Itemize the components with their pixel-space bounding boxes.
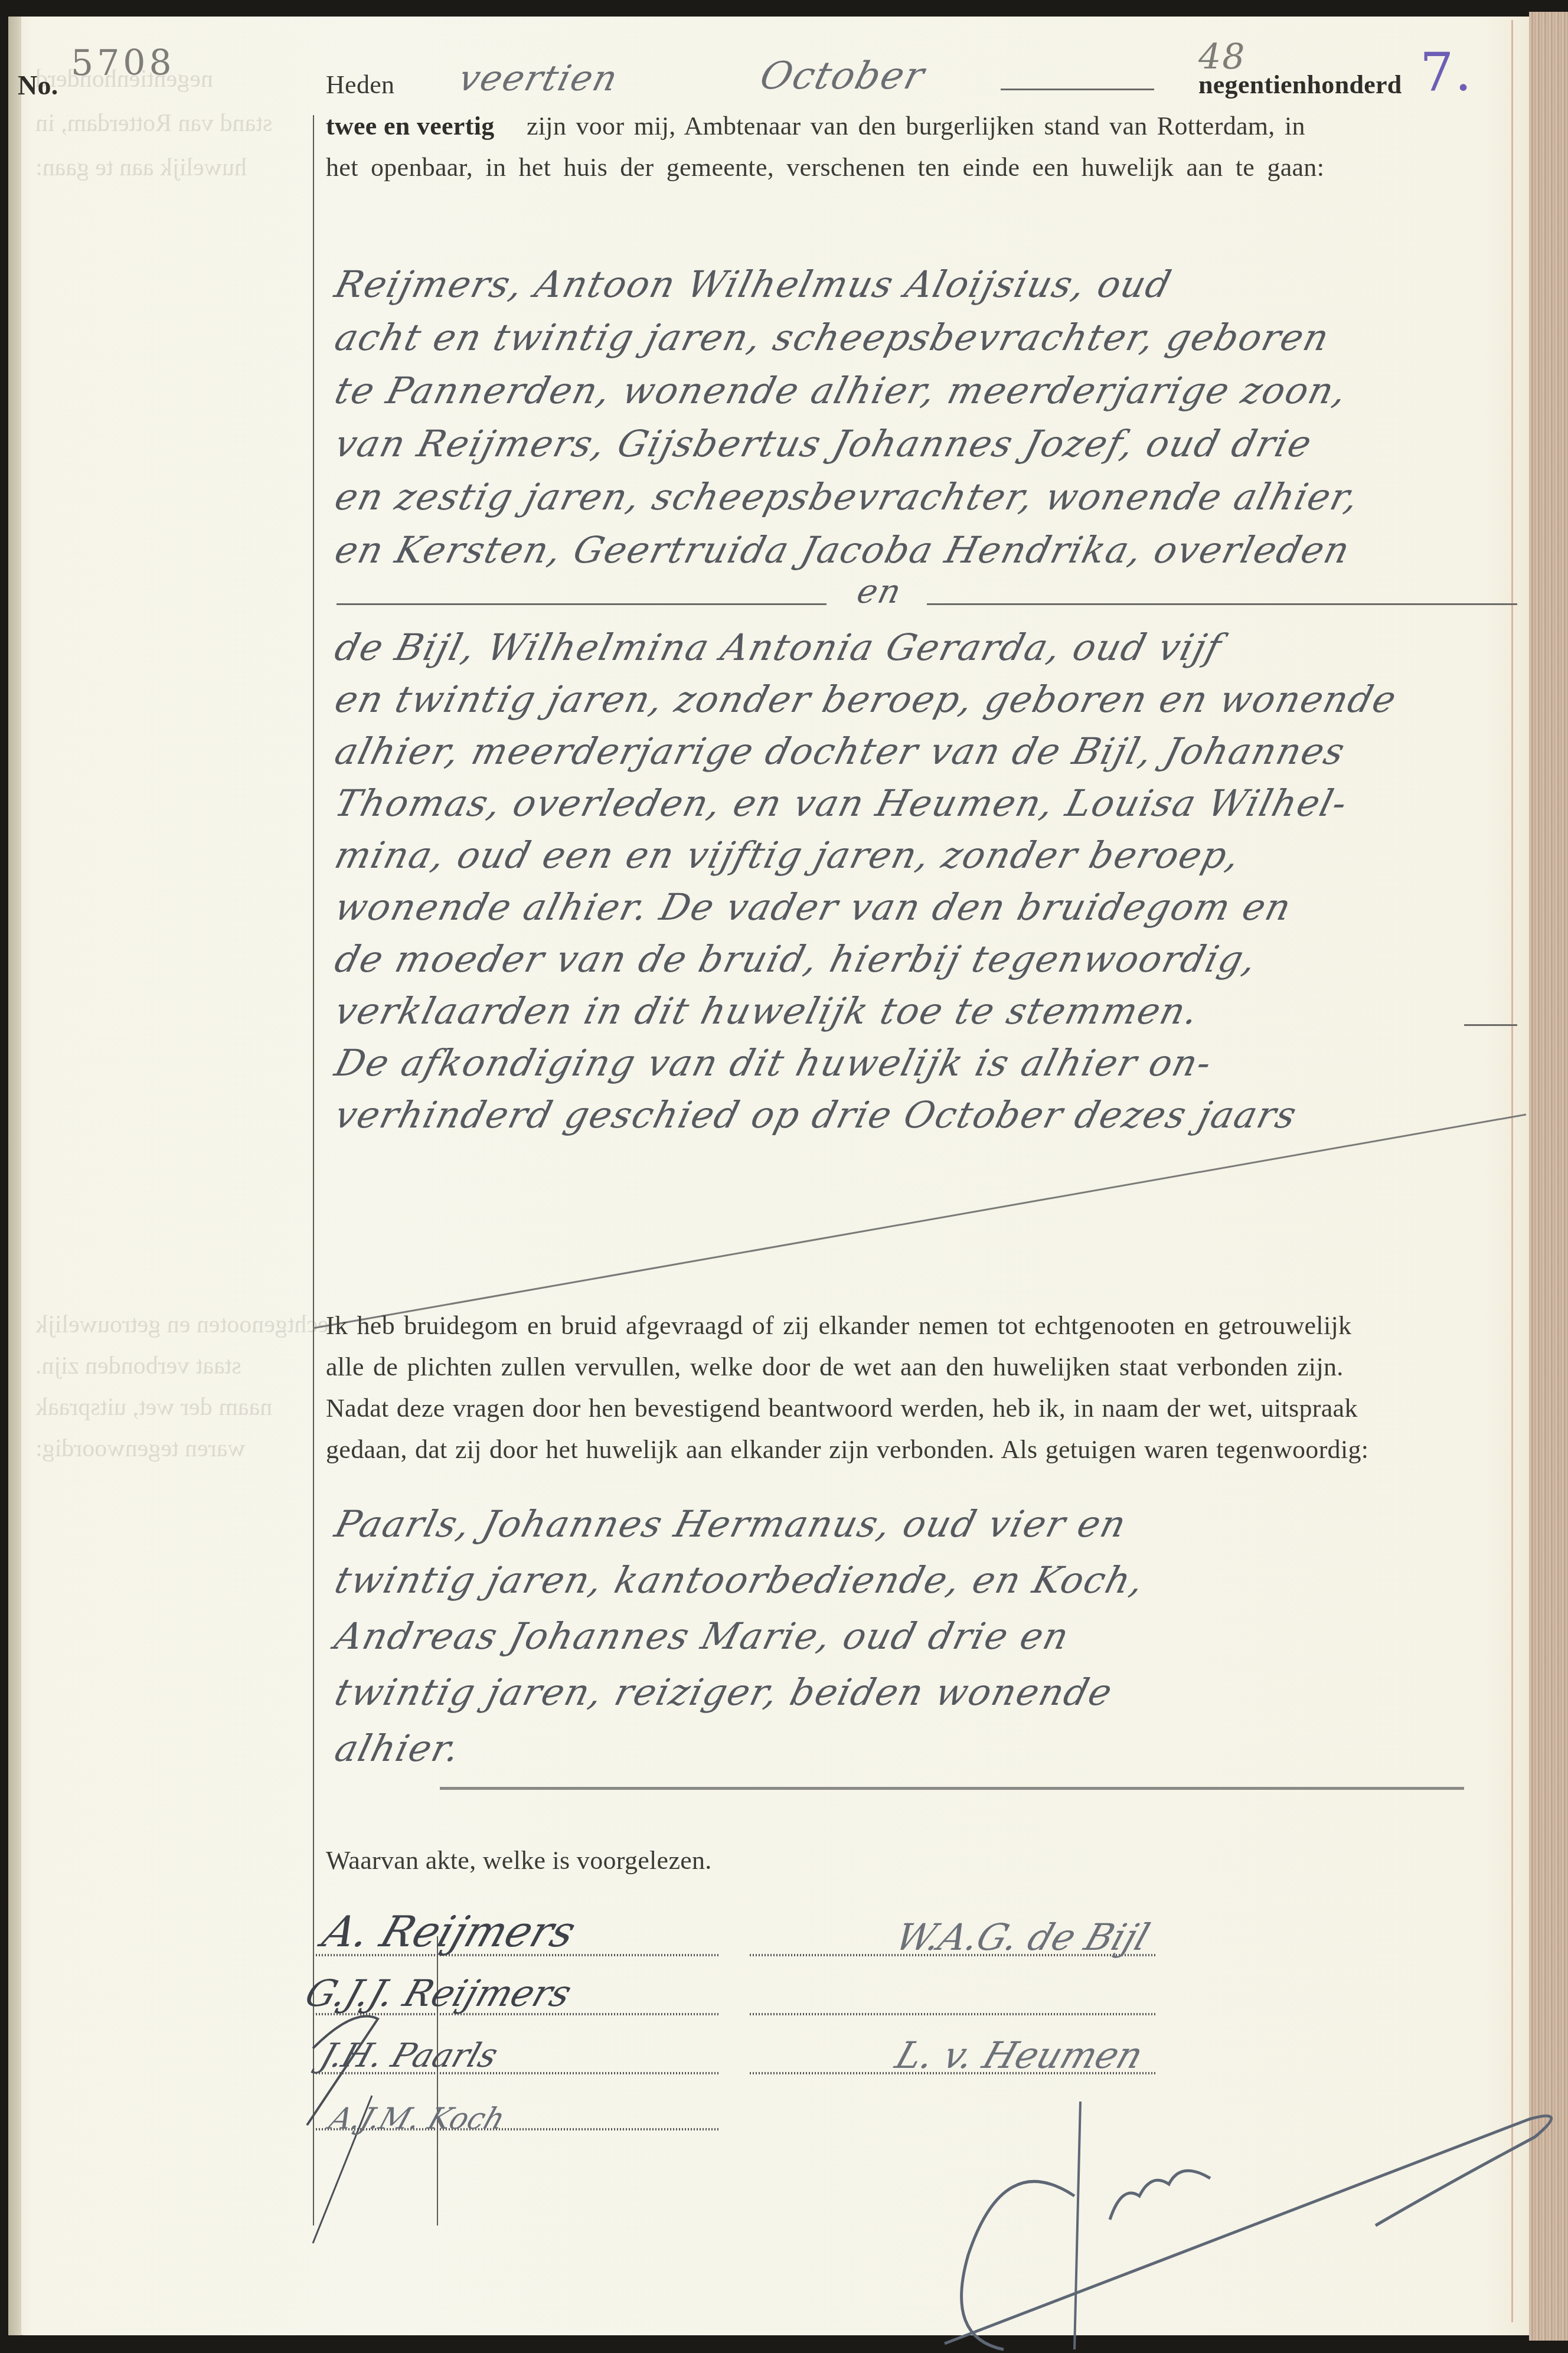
witness-line: Andreas Johannes Marie, oud drie en (331, 1615, 1074, 1658)
closing-fill-line (440, 1787, 1464, 1790)
closing-text: Waarvan akte, welke is voorgelezen. (326, 1845, 712, 1875)
declaration-line: Nadat deze vragen door hen bevestigend b… (326, 1393, 1358, 1423)
cancellation-stroke (0, 0, 1568, 2353)
declaration-line: alle de plichten zullen vervullen, welke… (326, 1352, 1344, 1382)
signature-bride: W.A.G. de Bijl (890, 1916, 1155, 1959)
signature-line (750, 2013, 1157, 2015)
signature-bride-mother: L. v. Heumen (890, 2034, 1149, 2077)
signature-witness-1: J.H. Paarls (315, 2037, 502, 2075)
signature-groom-father: G.J.J. Reijmers (300, 1972, 577, 2015)
signature-groom: A. Reijmers (316, 1907, 582, 1956)
witness-line: twintig jaren, kantoorbediende, en Koch, (331, 1558, 1149, 1602)
witness-line: Paarls, Johannes Hermanus, oud vier en (331, 1502, 1131, 1545)
witness-line: alhier. (331, 1727, 465, 1770)
declaration-line: gedaan, dat zij door het huwelijk aan el… (326, 1434, 1368, 1465)
declaration-line: Ik heb bruidegom en bruid afgevraagd of … (326, 1311, 1351, 1341)
signature-witness-2: A.J.M. Koch (325, 2102, 509, 2136)
witness-line: twintig jaren, reiziger, beiden wonende (331, 1671, 1118, 1714)
